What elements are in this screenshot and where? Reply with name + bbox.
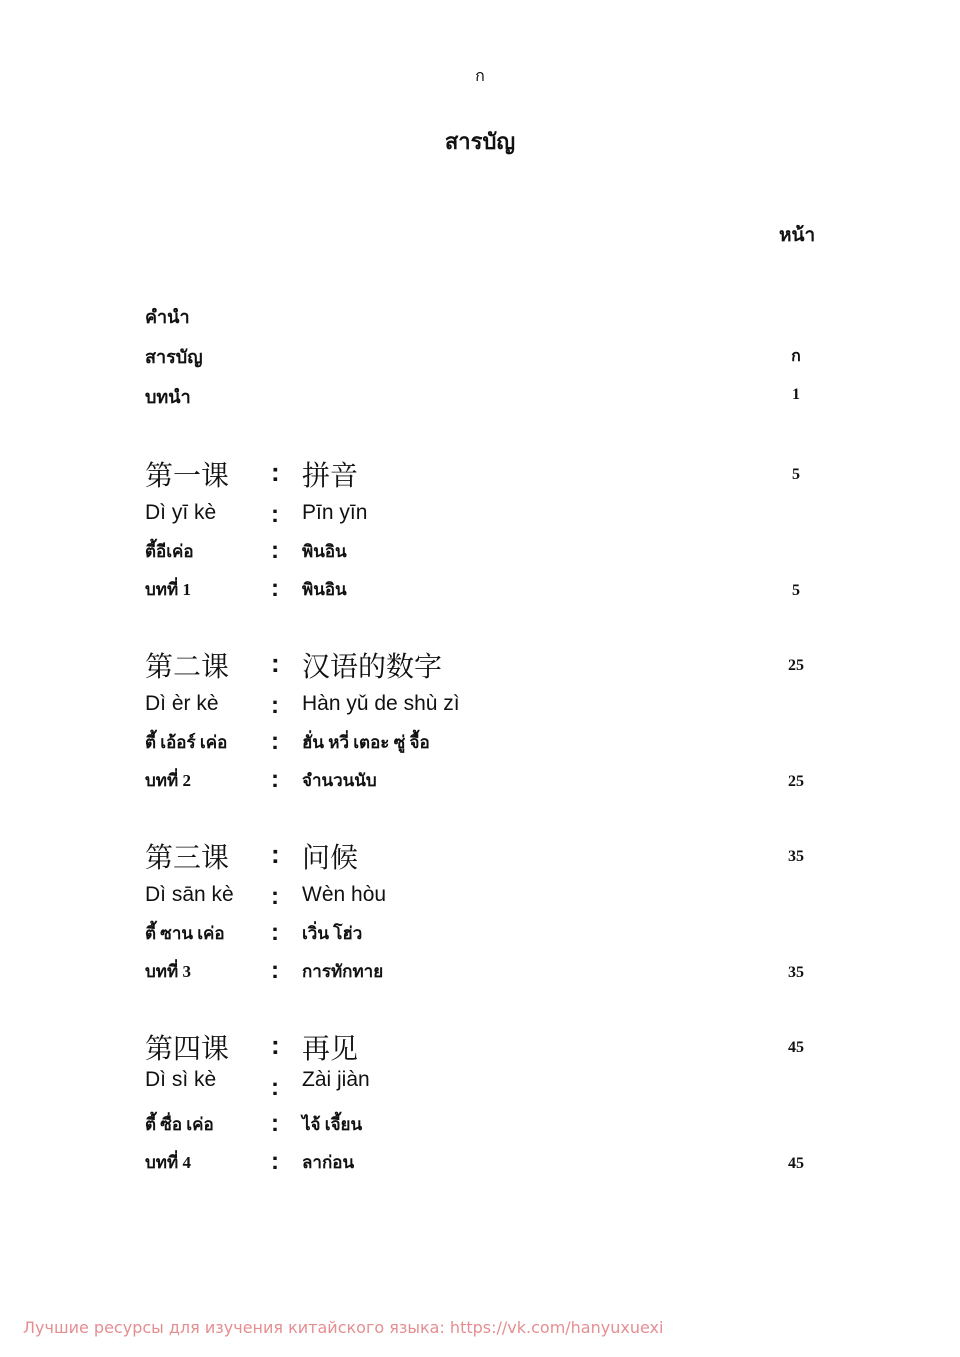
- lesson-1-pinyin-label: Dì yī kè: [145, 501, 216, 525]
- colon-separator: :: [271, 1148, 279, 1176]
- lesson-2-page-bottom: 25: [770, 773, 822, 791]
- lesson-4-pinyin-label: Dì sì kè: [145, 1068, 216, 1092]
- colon-separator: :: [271, 457, 280, 488]
- colon-separator: :: [271, 839, 280, 870]
- lesson-1-hanzi-title: 拼音: [302, 454, 358, 494]
- colon-separator: :: [271, 501, 279, 529]
- toc-page-contents: ก: [770, 344, 822, 369]
- lesson-2-thai-translit-title: ฮั่น หวี่ เตอะ ซู่ จื้อ: [302, 729, 430, 756]
- colon-separator: :: [271, 883, 279, 911]
- lesson-2-pinyin-label: Dì èr kè: [145, 692, 219, 716]
- lesson-1-page-bottom: 5: [770, 582, 822, 600]
- lesson-2-chapter-label: บทที่ 2: [145, 767, 191, 794]
- page-marker: ก: [0, 64, 960, 89]
- colon-separator: :: [271, 575, 279, 603]
- colon-separator: :: [271, 537, 279, 565]
- lesson-2-chapter-title: จำนวนนับ: [302, 767, 377, 794]
- colon-separator: :: [271, 1110, 279, 1138]
- lesson-1-chapter-label: บทที่ 1: [145, 576, 191, 603]
- lesson-1-page-top: 5: [770, 466, 822, 484]
- colon-separator: :: [271, 1074, 279, 1102]
- lesson-1-pinyin-title: Pīn yīn: [302, 501, 367, 525]
- lesson-2-hanzi-label: 第二课: [145, 645, 229, 685]
- colon-separator: :: [271, 766, 279, 794]
- toc-page-introduction: 1: [770, 386, 822, 404]
- toc-entry-contents: สารบัญ: [145, 342, 203, 371]
- lesson-1-chapter-title: พินอิน: [302, 576, 347, 603]
- page-title: สารบัญ: [0, 124, 960, 159]
- lesson-2-thai-translit-label: ตี้ เอ้อร์ เค่อ: [145, 729, 227, 756]
- lesson-2-pinyin-title: Hàn yǔ de shù zì: [302, 692, 460, 716]
- lesson-3-page-bottom: 35: [770, 964, 822, 982]
- lesson-2-page-top: 25: [770, 657, 822, 675]
- toc-entry-introduction: บทนำ: [145, 382, 191, 411]
- lesson-4-thai-translit-label: ตี้ ซื่อ เค่อ: [145, 1111, 214, 1138]
- lesson-4-chapter-label: บทที่ 4: [145, 1149, 191, 1176]
- colon-separator: :: [271, 919, 279, 947]
- colon-separator: :: [271, 728, 279, 756]
- colon-separator: :: [271, 1030, 280, 1061]
- lesson-1-thai-translit-label: ตี้อีเค่อ: [145, 538, 194, 565]
- lesson-3-hanzi-title: 问候: [302, 836, 358, 876]
- lesson-4-chapter-title: ลาก่อน: [302, 1149, 354, 1176]
- page-column-header: หน้า: [779, 220, 815, 250]
- lesson-3-hanzi-label: 第三课: [145, 836, 229, 876]
- lesson-4-page-bottom: 45: [770, 1155, 822, 1173]
- lesson-4-page-top: 45: [770, 1039, 822, 1057]
- colon-separator: :: [271, 957, 279, 985]
- lesson-4-pinyin-title: Zài jiàn: [302, 1068, 370, 1092]
- lesson-3-thai-translit-label: ตี้ ซาน เค่อ: [145, 920, 225, 947]
- lesson-3-thai-translit-title: เวิ่น โฮ่ว: [302, 920, 362, 947]
- lesson-3-pinyin-title: Wèn hòu: [302, 883, 386, 907]
- lesson-4-hanzi-label: 第四课: [145, 1027, 229, 1067]
- lesson-4-hanzi-title: 再见: [302, 1027, 358, 1067]
- lesson-3-pinyin-label: Dì sān kè: [145, 883, 234, 907]
- lesson-3-page-top: 35: [770, 848, 822, 866]
- lesson-3-chapter-label: บทที่ 3: [145, 958, 191, 985]
- lesson-4-thai-translit-title: ไจ้ เจี้ยน: [302, 1111, 362, 1138]
- lesson-2-hanzi-title: 汉语的数字: [302, 645, 442, 685]
- lesson-1-hanzi-label: 第一课: [145, 454, 229, 494]
- colon-separator: :: [271, 692, 279, 720]
- colon-separator: :: [271, 648, 280, 679]
- watermark-link: Лучшие ресурсы для изучения китайского я…: [23, 1318, 663, 1337]
- lesson-3-chapter-title: การทักทาย: [302, 958, 383, 985]
- toc-entry-foreword: คำนำ: [145, 302, 190, 331]
- lesson-1-thai-translit-title: พินอิน: [302, 538, 347, 565]
